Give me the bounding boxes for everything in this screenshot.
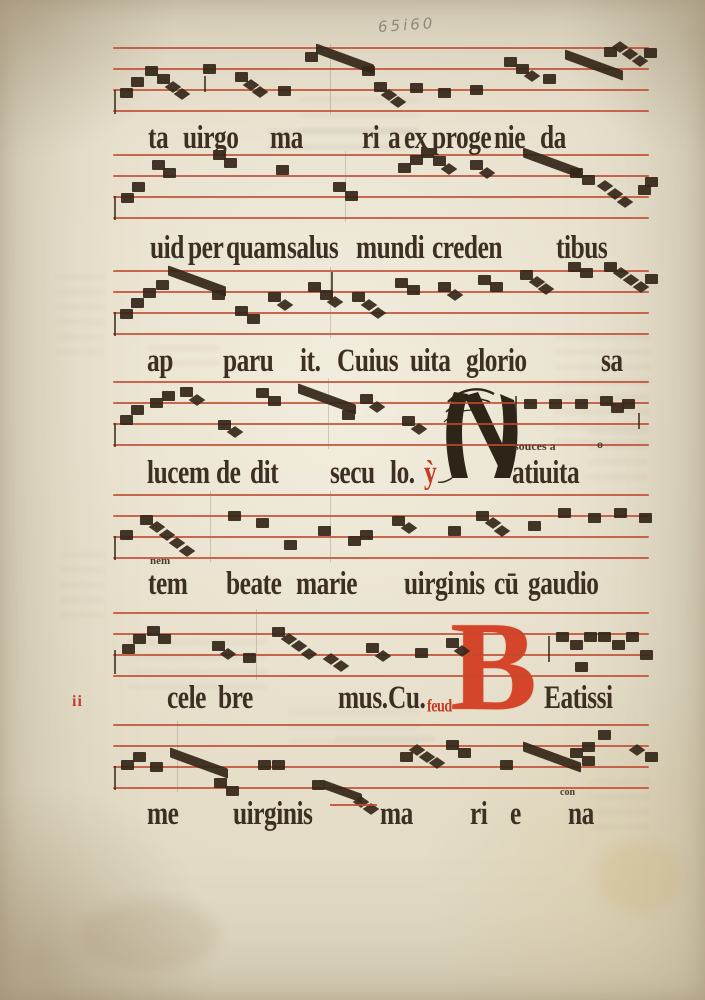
- pencil-shelfmark: 65i60: [377, 14, 435, 36]
- neume: [342, 410, 355, 420]
- staff-line: [113, 110, 649, 112]
- neume: [588, 513, 601, 523]
- gloss-annotation: con: [560, 788, 575, 798]
- neume: [133, 752, 146, 762]
- neume: [333, 182, 346, 192]
- neume: [402, 416, 415, 426]
- red-line-fragment: [330, 804, 377, 806]
- chant-text-segment: per: [188, 231, 223, 264]
- gloss-annotation: o: [597, 438, 603, 450]
- neume: [645, 274, 658, 284]
- staff-line: [113, 557, 649, 559]
- neume: [360, 394, 373, 404]
- chant-text-segment: ri: [362, 121, 379, 154]
- manuscript-page: 65i60 ii B tauirgomariaexprogeniedauidpe…: [0, 0, 705, 1000]
- neume: [570, 640, 583, 650]
- neume: [132, 182, 145, 192]
- neume: [640, 650, 653, 660]
- neume: [612, 640, 625, 650]
- staff-line: [113, 423, 649, 425]
- chant-text-segment: uirginis: [233, 797, 312, 830]
- neume: [158, 634, 171, 644]
- chant-text-segment: nie: [494, 121, 525, 154]
- chant-text-segment: ap: [147, 344, 173, 377]
- chant-text-segment: tibus: [556, 231, 607, 264]
- neume: [438, 282, 451, 292]
- neume: [258, 760, 271, 770]
- neume: [598, 632, 611, 642]
- chant-text-segment: atiuita: [512, 456, 579, 489]
- neume: [331, 272, 333, 298]
- neume: [114, 423, 116, 447]
- neume: [228, 511, 241, 521]
- chant-text-segment: mus.: [338, 681, 388, 714]
- neume: [247, 314, 260, 324]
- neume: [120, 415, 133, 425]
- ruling-line: [328, 378, 329, 449]
- chant-text-segment: ta: [148, 121, 168, 154]
- neume: [458, 748, 471, 758]
- neume: [524, 399, 537, 409]
- chant-text-segment: creden: [432, 231, 502, 264]
- chant-text-segment: lucem: [147, 456, 209, 489]
- neume: [645, 177, 658, 187]
- bleedthrough-ghost: [55, 265, 105, 355]
- chant-text-segment: gaudio: [528, 567, 599, 600]
- neume: [558, 508, 571, 518]
- chant-text-segment: proge: [432, 121, 491, 154]
- neume: [143, 288, 156, 298]
- neume: [446, 638, 459, 648]
- neume: [352, 292, 365, 302]
- folio-number: ii: [72, 693, 83, 711]
- neume: [415, 648, 428, 658]
- neume: [131, 77, 144, 87]
- staff-line: [113, 536, 649, 538]
- chant-text-segment: me: [147, 797, 178, 830]
- neume: [598, 730, 611, 740]
- neume: [179, 545, 196, 557]
- chant-text-segment: cū: [494, 567, 518, 600]
- chant-text-segment: de: [216, 456, 240, 489]
- neume: [548, 636, 550, 662]
- neume: [515, 396, 517, 422]
- chant-text-segment: cele: [167, 681, 206, 714]
- neume: [582, 756, 595, 766]
- staff-line: [113, 196, 649, 198]
- staff-line: [113, 381, 649, 383]
- neume: [500, 760, 513, 770]
- neume: [120, 309, 133, 319]
- chant-text-segment: Eatissi: [544, 681, 613, 714]
- neume: [284, 540, 297, 550]
- staff-line: [113, 47, 649, 49]
- neume: [645, 752, 658, 762]
- neume: [639, 513, 652, 523]
- chant-text-segment: secu: [330, 456, 375, 489]
- neume: [520, 270, 533, 280]
- neume: [140, 515, 153, 525]
- neume: [582, 742, 595, 752]
- chant-text-segment: ma: [270, 121, 303, 154]
- neume: [224, 158, 237, 168]
- chant-text-segment: lo.: [390, 456, 415, 489]
- neume: [121, 760, 134, 770]
- neume: [218, 420, 231, 430]
- chant-text-segment: ri: [470, 797, 487, 830]
- neume: [114, 90, 116, 114]
- neume: [268, 396, 281, 406]
- chant-text-segment: bre: [218, 681, 253, 714]
- bleedthrough-ghost: [335, 728, 435, 742]
- neume: [549, 399, 562, 409]
- neume: [120, 530, 133, 540]
- staff-line: [113, 745, 649, 747]
- neume: [626, 632, 639, 642]
- neume: [256, 518, 269, 528]
- neume: [235, 72, 248, 82]
- chant-text-segment: ex: [404, 121, 427, 154]
- neume: [163, 168, 176, 178]
- chant-text-segment: Cuius: [337, 344, 398, 377]
- neume: [204, 76, 206, 92]
- staff-line: [113, 444, 649, 446]
- neume: [345, 191, 358, 201]
- chant-text-segment: ma: [380, 797, 413, 830]
- gloss-annotation: nem: [150, 556, 170, 567]
- neume: [362, 66, 375, 76]
- neume: [114, 650, 116, 674]
- chant-text-segment: paru: [223, 344, 273, 377]
- neume: [156, 280, 169, 290]
- rubric-text: ỳ: [424, 456, 436, 489]
- chant-text-segment: dit: [250, 456, 278, 489]
- bleedthrough-ghost: [590, 770, 650, 830]
- neume: [114, 312, 116, 336]
- staff-line: [113, 333, 649, 335]
- neume: [366, 643, 379, 653]
- ruling-line: [210, 491, 211, 562]
- staff-line: [113, 494, 649, 496]
- chant-text-segment: it.: [300, 344, 320, 377]
- staff-line: [113, 675, 649, 677]
- neume: [122, 644, 135, 654]
- neume: [556, 632, 569, 642]
- chant-text-segment: salus: [287, 231, 338, 264]
- neume: [528, 521, 541, 531]
- neume: [268, 292, 281, 302]
- staff-line: [113, 291, 649, 293]
- neume: [212, 290, 225, 300]
- chant-text-segment: beate: [226, 567, 281, 600]
- neume: [490, 282, 503, 292]
- neume: [543, 74, 556, 84]
- neume: [120, 88, 133, 98]
- chant-text-segment: nis: [455, 567, 485, 600]
- chant-text-segment: glorio: [466, 344, 527, 377]
- gloss-annotation: souces a: [514, 440, 556, 452]
- chant-text-segment: a: [388, 121, 400, 154]
- neume: [575, 399, 588, 409]
- staff-line: [113, 217, 649, 219]
- chant-text-segment: da: [540, 121, 566, 154]
- neume: [114, 766, 116, 790]
- parchment-stain: [80, 900, 220, 970]
- chant-text-segment: tem: [148, 567, 187, 600]
- staff-line: [113, 612, 649, 614]
- chant-text-segment: quam: [226, 231, 286, 264]
- neume: [272, 760, 285, 770]
- neume: [203, 64, 216, 74]
- neume: [212, 641, 225, 651]
- chant-text-segment: uirgo: [183, 121, 238, 154]
- chant-text-segment: na: [568, 797, 594, 830]
- neume: [476, 511, 489, 521]
- neume: [301, 648, 318, 660]
- neume: [644, 48, 657, 58]
- neume: [131, 298, 144, 308]
- neume: [407, 285, 420, 295]
- chant-text-segment: mundi: [356, 231, 424, 264]
- neume: [433, 156, 446, 166]
- neume: [333, 660, 350, 672]
- neume: [575, 662, 588, 672]
- staff-line: [113, 175, 649, 177]
- neume: [580, 268, 593, 278]
- rubric-text: feud: [427, 681, 452, 716]
- chant-text-segment: Cu.: [388, 681, 425, 714]
- chant-text-segment: uid: [150, 231, 184, 264]
- neume: [121, 193, 134, 203]
- chant-text-segment: uita: [410, 344, 450, 377]
- neume: [398, 163, 411, 173]
- neume: [278, 86, 291, 96]
- neume: [410, 83, 423, 93]
- neume: [272, 627, 285, 637]
- neume: [318, 526, 331, 536]
- neume: [638, 413, 640, 429]
- neume: [392, 516, 405, 526]
- neume: [438, 88, 451, 98]
- neume: [582, 175, 595, 185]
- staff-line: [113, 68, 649, 70]
- neume: [150, 762, 163, 772]
- neume: [180, 387, 193, 397]
- chant-text-segment: e: [510, 797, 521, 830]
- neume: [243, 653, 256, 663]
- neume: [370, 307, 387, 319]
- neume: [622, 399, 635, 409]
- parchment-stain: [598, 842, 683, 912]
- chant-text-segment: marie: [296, 567, 357, 600]
- chant-text-segment: sa: [601, 344, 623, 377]
- ruling-line: [256, 609, 257, 680]
- neume: [131, 405, 144, 415]
- staff-line: [113, 724, 649, 726]
- neume: [470, 85, 483, 95]
- neume: [114, 196, 116, 220]
- neume: [470, 160, 483, 170]
- neume: [276, 165, 289, 175]
- neume: [162, 391, 175, 401]
- bleedthrough-ghost: [60, 548, 105, 618]
- neume: [157, 74, 170, 84]
- chant-text-segment: uirgi: [404, 567, 454, 600]
- neume: [170, 747, 228, 778]
- neume: [360, 530, 373, 540]
- neume: [614, 508, 627, 518]
- neume: [114, 536, 116, 560]
- neume: [584, 632, 597, 642]
- neume: [448, 526, 461, 536]
- neume: [400, 752, 413, 762]
- neume: [133, 634, 146, 644]
